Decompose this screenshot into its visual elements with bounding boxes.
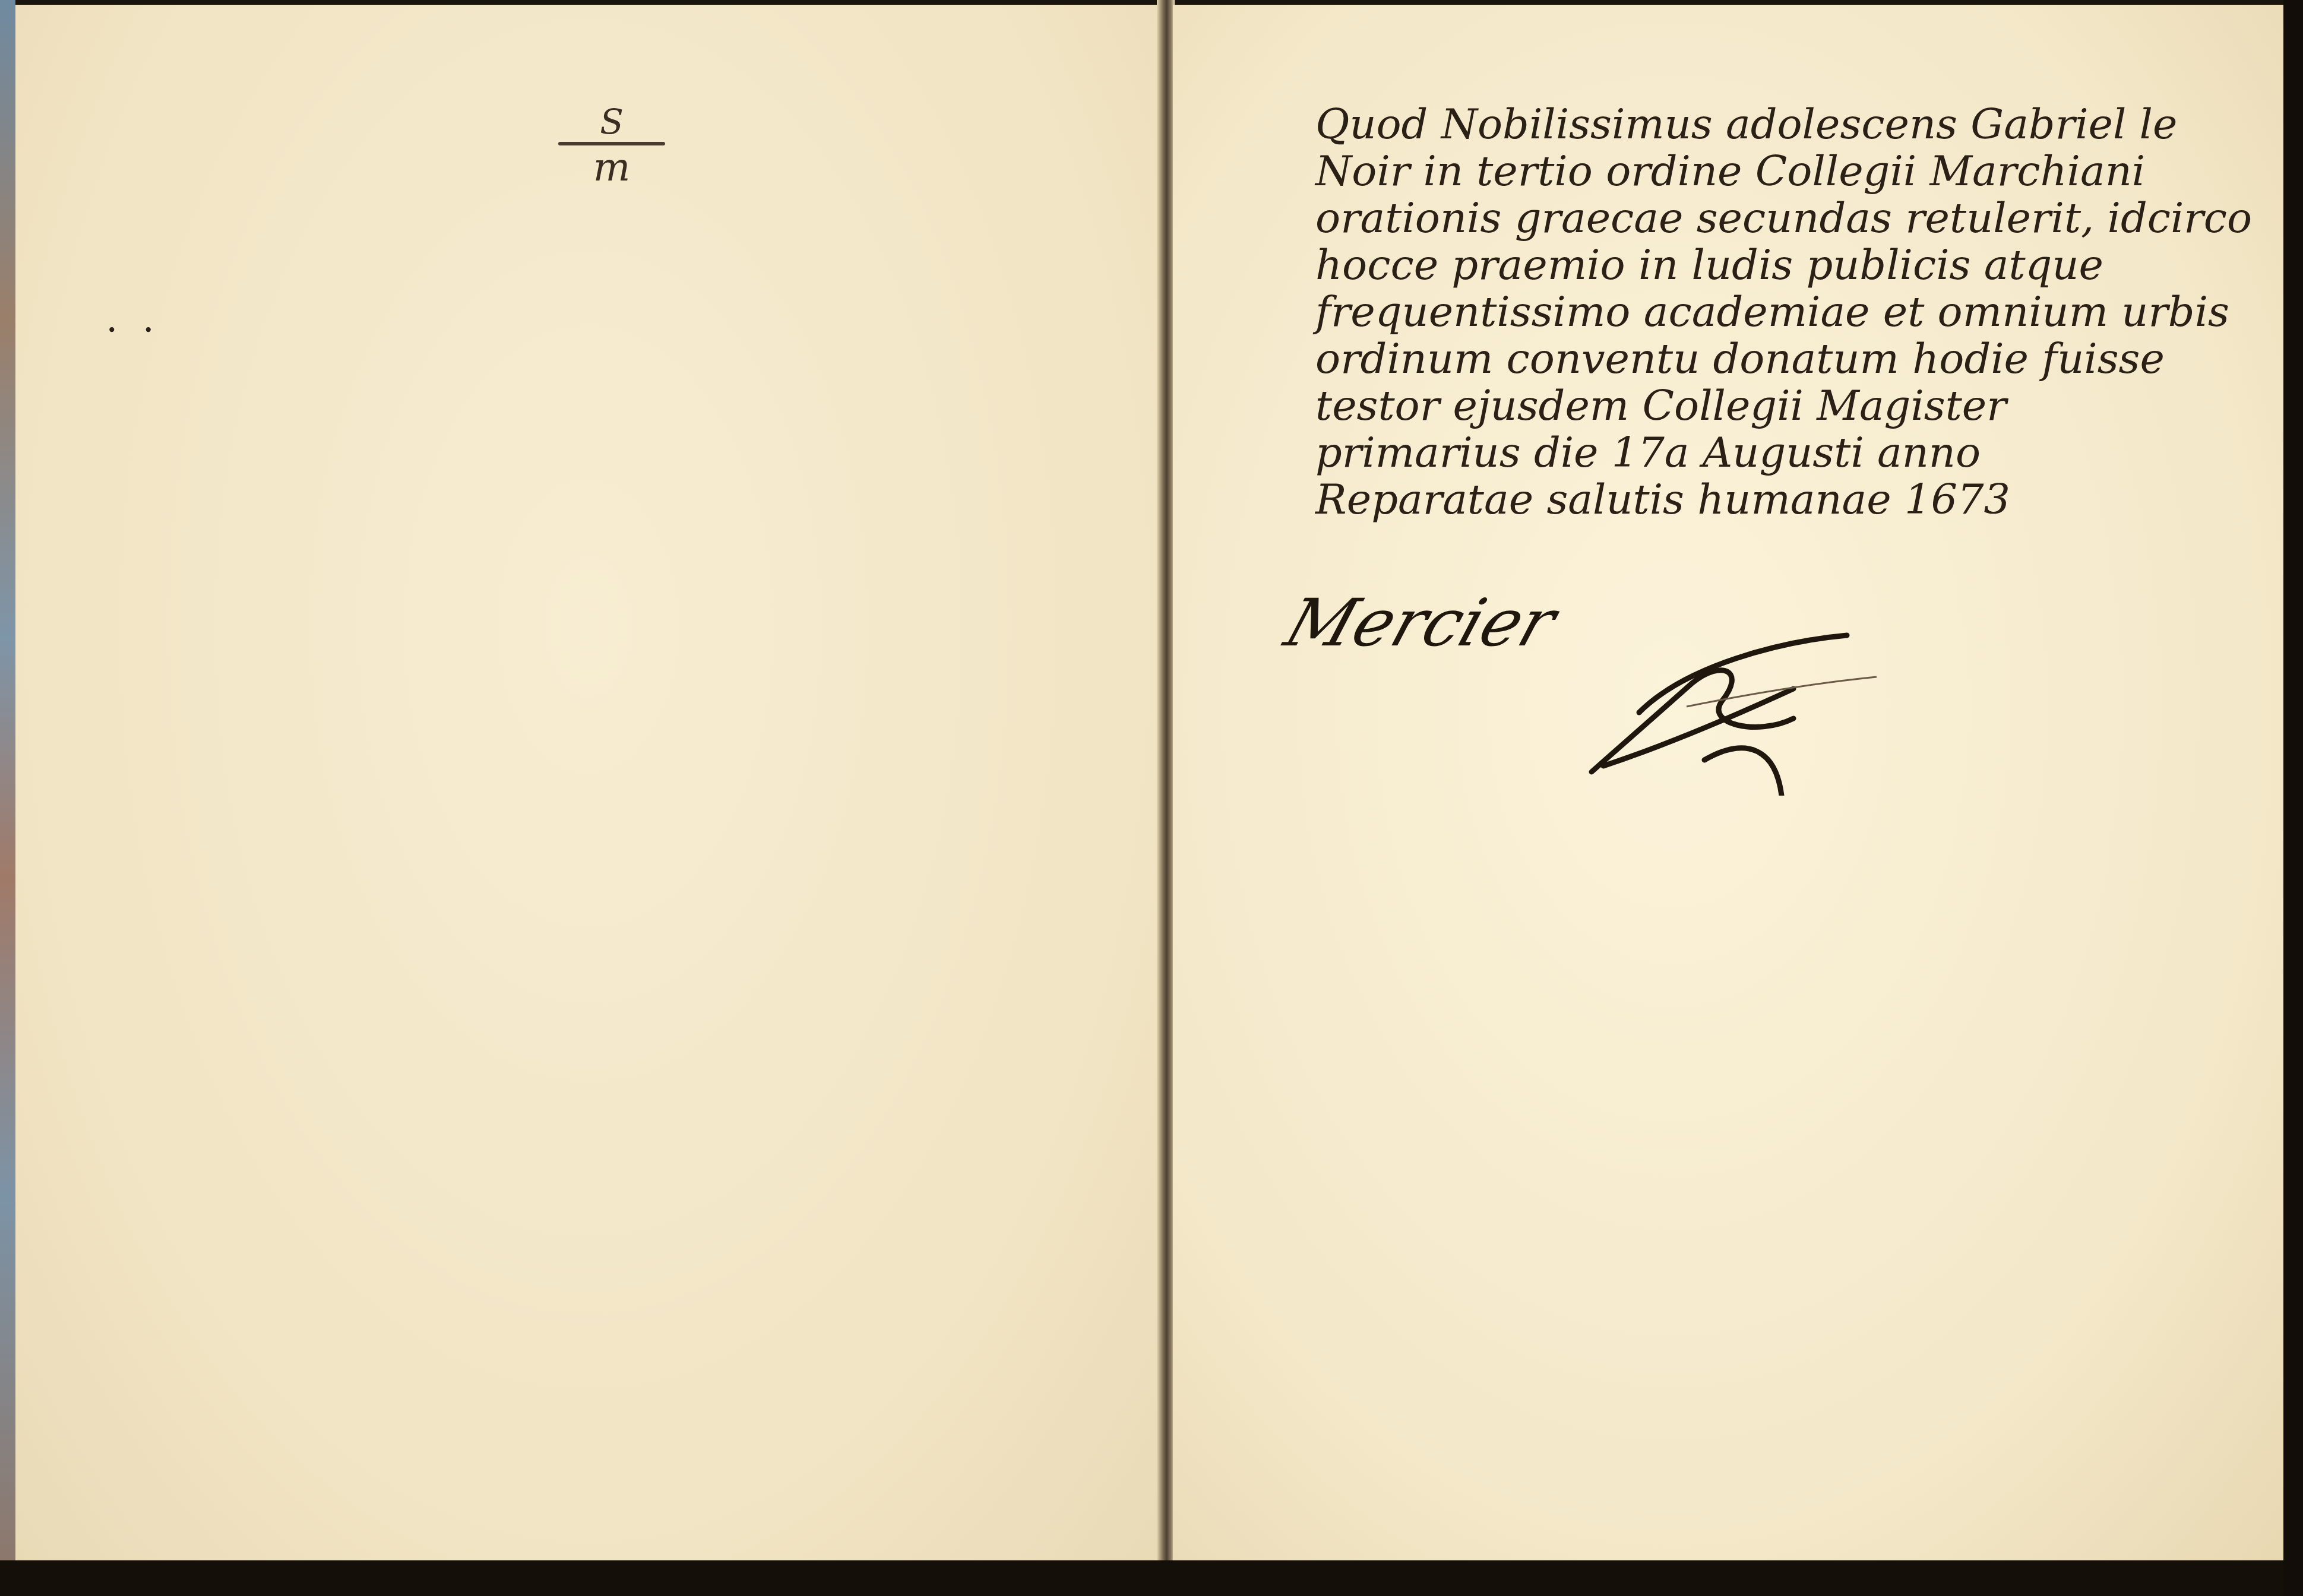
shelfmark-notation: S m — [558, 104, 665, 187]
text-line-1: Quod Nobilissimus adolescens Gabriel le — [1315, 101, 2242, 148]
text-line-5: frequentissimo academiae et omnium urbis — [1315, 289, 2242, 335]
left-page — [15, 5, 1162, 1560]
book-gutter — [1157, 0, 1175, 1567]
manuscript-spread: S m • • Quod Nobilissimus adolescens Gab… — [0, 0, 2303, 1596]
text-line-7: testor ejusdem Collegii Magister — [1315, 382, 2242, 429]
certificate-text: Quod Nobilissimus adolescens Gabriel le … — [1315, 101, 2242, 523]
text-line-8: primarius die 17a Augusti anno — [1315, 429, 2242, 476]
shelfmark-numerator: S — [558, 104, 665, 140]
right-shadow — [2283, 0, 2303, 1596]
text-line-3: orationis graecae secundas retulerit, id… — [1315, 195, 2242, 242]
signature: Mercier — [1276, 585, 1565, 661]
text-line-4: hocce praemio in ludis publicis atque — [1315, 242, 2242, 289]
ink-spots: • • — [107, 321, 164, 340]
text-line-9: Reparatae salutis humanae 1673 — [1315, 476, 2242, 523]
text-line-2: Noir in tertio ordine Collegii Marchiani — [1315, 148, 2242, 195]
signature-flourish-icon — [1568, 617, 1900, 796]
bottom-shadow — [0, 1560, 2303, 1596]
shelfmark-denominator: m — [558, 148, 665, 187]
marbled-cover-edge — [0, 0, 15, 1596]
text-line-6: ordinum conventu donatum hodie fuisse — [1315, 335, 2242, 382]
